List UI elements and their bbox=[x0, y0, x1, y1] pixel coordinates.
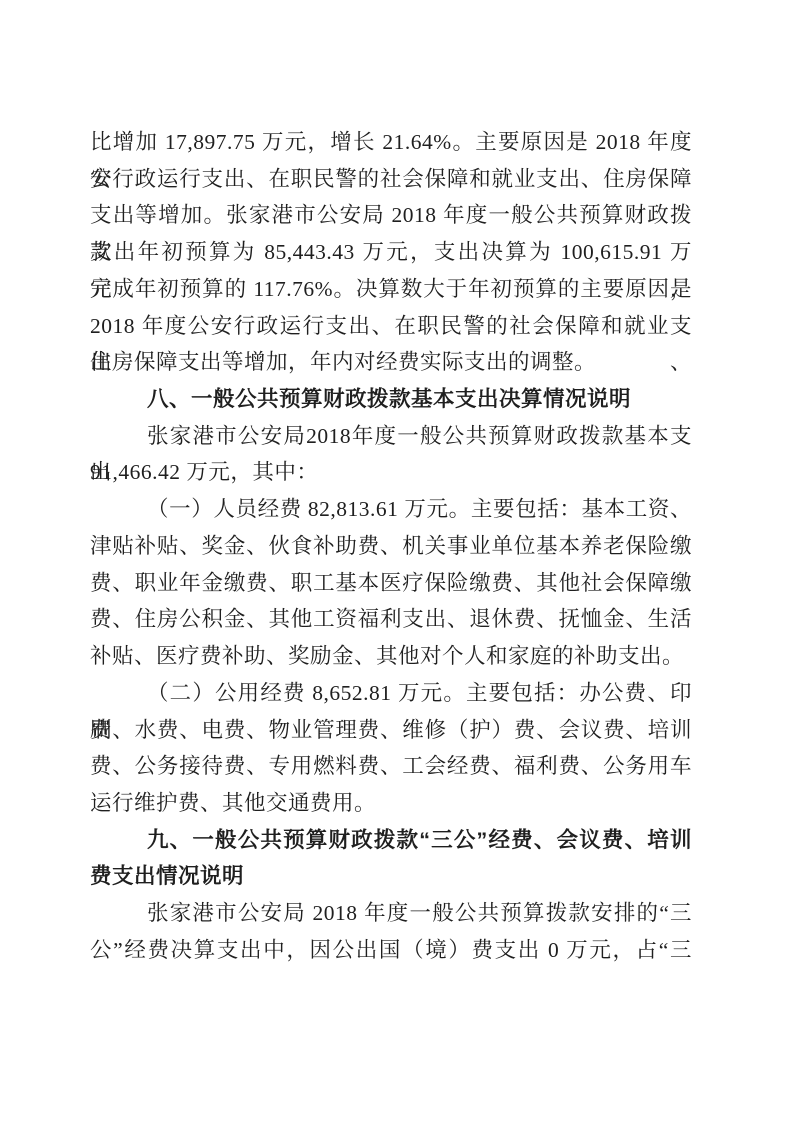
text-line: 津贴补贴、奖金、伙食补助费、机关事业单位基本养老保险缴 bbox=[90, 528, 692, 565]
document-content: 比增加 17,897.75 万元，增长 21.64%。主要原因是 2018 年度… bbox=[90, 124, 692, 969]
text-line: 运行维护费、其他交通费用。 bbox=[90, 785, 692, 822]
heading-line: 八、一般公共预算财政拨款基本支出决算情况说明 bbox=[90, 381, 692, 418]
text-line: 完成年初预算的 117.76%。决算数大于年初预算的主要原因是 bbox=[90, 271, 692, 308]
text-line: 张家港市公安局 2018 年度一般公共预算拨款安排的“三 bbox=[90, 895, 692, 932]
heading-line: 费支出情况说明 bbox=[90, 858, 692, 895]
text-line: 支出年初预算为 85,443.43 万元，支出决算为 100,615.91 万元… bbox=[90, 234, 692, 271]
text-line: 费、水费、电费、物业管理费、维修（护）费、会议费、培训 bbox=[90, 712, 692, 749]
text-line: （二）公用经费 8,652.81 万元。主要包括：办公费、印刷 bbox=[90, 675, 692, 712]
text-line: 补贴、医疗费补助、奖励金、其他对个人和家庭的补助支出。 bbox=[90, 638, 692, 675]
text-line: （一）人员经费 82,813.61 万元。主要包括：基本工资、 bbox=[90, 491, 692, 528]
document-page: 比增加 17,897.75 万元，增长 21.64%。主要原因是 2018 年度… bbox=[0, 0, 793, 1122]
heading-line: 九、一般公共预算财政拨款“三公”经费、会议费、培训 bbox=[90, 822, 692, 859]
text-line: 费、住房公积金、其他工资福利支出、退休费、抚恤金、生活 bbox=[90, 601, 692, 638]
text-line: 张家港市公安局2018年度一般公共预算财政拨款基本支出 bbox=[90, 418, 692, 455]
text-line: 91,466.42 万元，其中： bbox=[90, 454, 692, 491]
text-line: 公”经费决算支出中，因公出国（境）费支出 0 万元，占“三 bbox=[90, 932, 692, 969]
text-line: 费、公务接待费、专用燃料费、工会经费、福利费、公务用车 bbox=[90, 748, 692, 785]
text-line: 安行政运行支出、在职民警的社会保障和就业支出、住房保障 bbox=[90, 161, 692, 198]
text-line: 2018 年度公安行政运行支出、在职民警的社会保障和就业支出、 bbox=[90, 308, 692, 345]
text-line: 支出等增加。张家港市公安局 2018 年度一般公共预算财政拨款 bbox=[90, 197, 692, 234]
text-line: 费、职业年金缴费、职工基本医疗保险缴费、其他社会保障缴 bbox=[90, 565, 692, 602]
text-line: 比增加 17,897.75 万元，增长 21.64%。主要原因是 2018 年度… bbox=[90, 124, 692, 161]
